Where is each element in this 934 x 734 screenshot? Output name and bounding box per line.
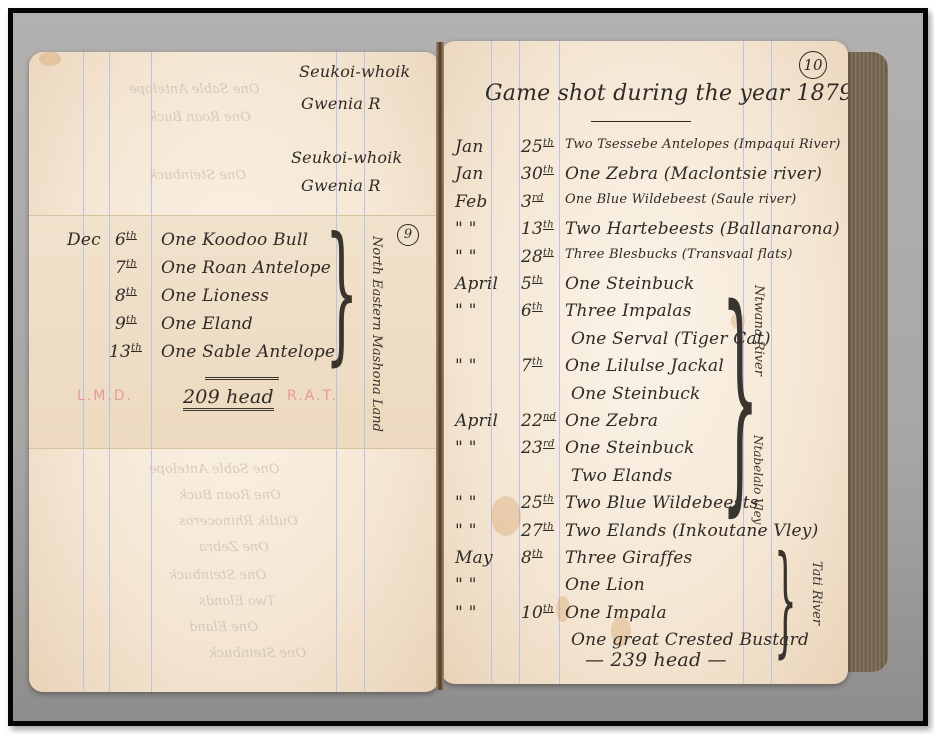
- entry-game: One Steinbuck: [565, 274, 695, 294]
- entry-game: One Lion: [565, 575, 645, 595]
- bleed-through-text: One Zebra: [199, 540, 269, 555]
- entry-month: " ": [455, 521, 477, 541]
- location-note: Gwenia R: [301, 94, 381, 113]
- entry-game: One Blue Wildebeest (Saule river): [565, 192, 796, 207]
- total-head-count: 209 head: [183, 386, 274, 411]
- entry-day: 3rd: [521, 192, 544, 212]
- entry-game: One Sable Antelope: [161, 342, 335, 362]
- ruled-line: [491, 41, 492, 684]
- page-number: 10: [799, 51, 827, 79]
- book-spine: [436, 42, 444, 690]
- curly-brace: }: [325, 218, 358, 368]
- entry-day: 10th: [521, 603, 554, 623]
- bleed-through-text: One Sable Antelope: [129, 82, 260, 97]
- title-underline: [591, 121, 691, 122]
- bleed-through-text: One Steinbuck: [209, 646, 306, 661]
- total-head-count: — 239 head —: [585, 649, 727, 671]
- entry-day: 5th: [521, 274, 543, 294]
- entry-month: " ": [455, 575, 477, 595]
- entry-day: 25th: [521, 137, 554, 157]
- entry-day: 8th: [115, 286, 137, 306]
- entry-game: One Roan Antelope: [161, 258, 331, 278]
- entry-month: Dec: [67, 230, 101, 250]
- page-edges: [846, 52, 888, 672]
- entry-day: 25th: [521, 493, 554, 513]
- total-rule: [205, 377, 279, 380]
- entry-game: One Lilulse Jackal: [565, 356, 724, 376]
- entry-month: Jan: [455, 137, 484, 157]
- entry-day: 7th: [521, 356, 543, 376]
- entry-game: One Steinbuck: [565, 438, 695, 458]
- entry-day: 13th: [521, 219, 554, 239]
- entry-game: One Koodoo Bull: [161, 230, 308, 250]
- entry-month: " ": [455, 356, 477, 376]
- ruled-line: [151, 216, 152, 448]
- page-number: 9: [397, 224, 419, 246]
- location-note: Seukoi-whoik: [299, 62, 410, 81]
- page-title: Game shot during the year 1879: [485, 81, 848, 106]
- margin-location-note: Tati River: [809, 561, 824, 625]
- margin-location-note: North Eastern Mashona Land: [369, 236, 384, 432]
- location-note: Seukoi-whoik: [291, 148, 402, 167]
- entry-month: " ": [455, 247, 477, 267]
- margin-location-note: Ntwana River: [751, 285, 766, 376]
- left-page: One Sable Antelope One Roan Buck One Ste…: [29, 52, 439, 692]
- curly-brace: }: [774, 541, 797, 661]
- entry-day: 30th: [521, 164, 554, 184]
- entry-day: 9th: [115, 314, 137, 334]
- entry-month: Feb: [455, 192, 487, 212]
- location-note: Gwenia R: [301, 176, 381, 195]
- bleed-through-text: One Roan Buck: [149, 110, 251, 125]
- bleed-through-text: Two Elands: [199, 594, 275, 609]
- entry-game: Two Tsessebe Antelopes (Impaqui River): [565, 137, 841, 152]
- entry-day: 28th: [521, 247, 554, 267]
- entry-game: Two Elands: [571, 466, 672, 486]
- entry-month: " ": [455, 301, 477, 321]
- right-page: 10 Game shot during the year 1879 Jan25t…: [441, 41, 848, 684]
- pasted-insert: 9 Dec 6th One Koodoo Bull 7th One Roan A…: [29, 215, 439, 449]
- entry-day: 22nd: [521, 411, 556, 431]
- ruled-line: [109, 216, 110, 448]
- entry-day: 27th: [521, 521, 554, 541]
- entry-game: One Steinbuck: [571, 384, 701, 404]
- entry-month: April: [455, 274, 498, 294]
- red-stamp: R.A.T.: [287, 388, 338, 404]
- entry-day: 6th: [521, 301, 543, 321]
- entry-game: Three Impalas: [565, 301, 692, 321]
- bleed-through-text: One Steinbuck: [149, 168, 246, 183]
- entry-month: " ": [455, 493, 477, 513]
- entry-month: " ": [455, 219, 477, 239]
- entry-game: One Zebra: [565, 411, 658, 431]
- entry-day: 8th: [521, 548, 543, 568]
- entry-game: One Zebra (Maclontsie river): [565, 164, 822, 184]
- entry-game: Two Hartebeests (Ballanarona): [565, 219, 840, 239]
- entry-day: 23rd: [521, 438, 555, 458]
- entry-month: Jan: [455, 164, 484, 184]
- margin-location-note: Ntabelalo Vley: [751, 435, 765, 525]
- entry-day: 13th: [109, 342, 142, 362]
- stain: [491, 496, 521, 536]
- entry-game: One Lioness: [161, 286, 269, 306]
- bleed-through-text: One Roan Buck: [179, 488, 281, 503]
- entry-game: Three Giraffes: [565, 548, 692, 568]
- bleed-through-text: One Steinbuck: [169, 568, 266, 583]
- bleed-through-text: One Eland: [189, 620, 258, 635]
- entry-day: 6th: [115, 230, 137, 250]
- entry-game: One Impala: [565, 603, 667, 623]
- entry-game: One Eland: [161, 314, 253, 334]
- entry-month: " ": [455, 603, 477, 623]
- ruled-line: [364, 216, 365, 448]
- ruled-line: [83, 216, 84, 448]
- entry-day: 7th: [115, 258, 137, 278]
- ruled-line: [519, 41, 520, 684]
- bleed-through-text: One Sable Antelope: [149, 462, 280, 477]
- entry-month: April: [455, 411, 498, 431]
- entry-month: May: [455, 548, 493, 568]
- bleed-through-text: Outlik Rhinoceros: [179, 514, 298, 529]
- entry-month: " ": [455, 438, 477, 458]
- ruled-line: [559, 41, 560, 684]
- red-stamp: L.M.D.: [77, 388, 133, 404]
- stain: [39, 52, 61, 66]
